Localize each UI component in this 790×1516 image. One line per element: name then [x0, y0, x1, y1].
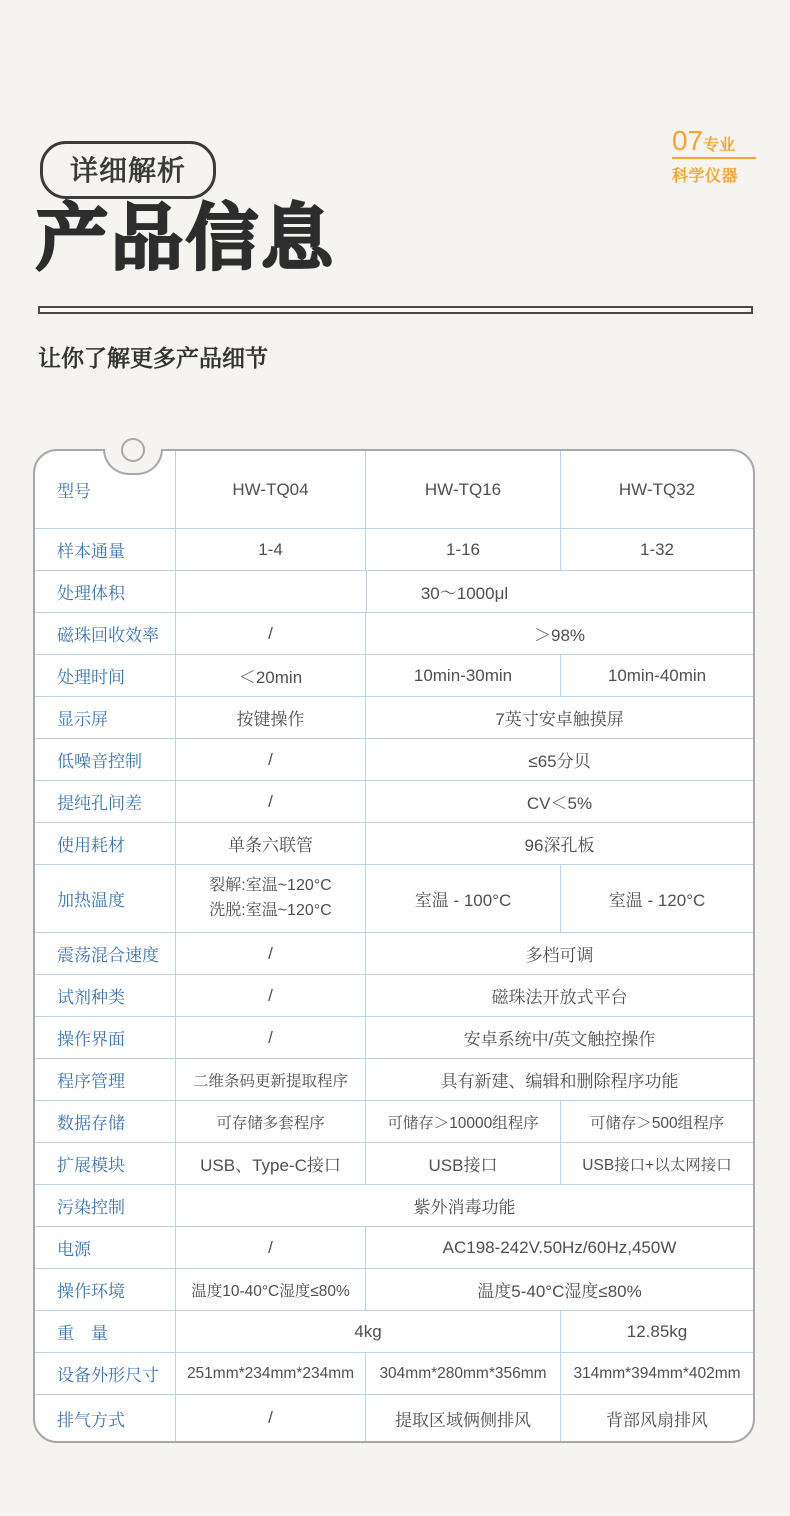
- page-title: 产品信息: [36, 198, 336, 281]
- spec-cell: AC198-242V.50Hz/60Hz,450W: [365, 1227, 753, 1268]
- spec-cell: /: [175, 613, 365, 654]
- table-row: 排气方式 / 提取区域俩侧排风 背部风扇排风: [35, 1395, 753, 1441]
- spec-cell: USB接口: [365, 1143, 560, 1184]
- spec-cell: 7英寸安卓触摸屏: [365, 697, 753, 738]
- spec-label: 扩展模块: [35, 1143, 175, 1184]
- spec-cell: ≤65分贝: [365, 739, 753, 780]
- spec-label: 处理时间: [35, 655, 175, 696]
- table-row: 提纯孔间差 / CV＜5%: [35, 781, 753, 823]
- spec-cell: 314mm*394mm*402mm: [560, 1353, 753, 1394]
- table-row: 程序管理 二维条码更新提取程序 具有新建、编辑和删除程序功能: [35, 1059, 753, 1101]
- spec-cell: /: [175, 975, 365, 1016]
- spec-cell: HW-TQ04: [175, 451, 365, 528]
- spec-cell: 背部风扇排风: [560, 1395, 753, 1441]
- spec-cell: 251mm*234mm*234mm: [175, 1353, 365, 1394]
- corner-number: 07: [672, 127, 703, 155]
- spec-cell: /: [175, 1395, 365, 1441]
- spec-cell-line: 洗脱:室温~120°C: [209, 899, 331, 924]
- spec-cell: /: [175, 739, 365, 780]
- spec-label: 污染控制: [35, 1185, 175, 1226]
- spec-cell: 温度10-40°C湿度≤80%: [175, 1269, 365, 1310]
- spec-label: 程序管理: [35, 1059, 175, 1100]
- spec-label: 加热温度: [35, 865, 175, 932]
- table-row: 处理时间 ＜20min 10min-30min 10min-40min: [35, 655, 753, 697]
- table-row: 震荡混合速度 / 多档可调: [35, 933, 753, 975]
- spec-cell: 温度5-40°C湿度≤80%: [365, 1269, 753, 1310]
- spec-cell: 1-4: [175, 529, 365, 570]
- spec-label: 提纯孔间差: [35, 781, 175, 822]
- table-row: 加热温度 裂解:室温~120°C 洗脱:室温~120°C 室温 - 100°C …: [35, 865, 753, 933]
- spec-cell: CV＜5%: [365, 781, 753, 822]
- spec-cell: 30～1000μl: [175, 571, 753, 612]
- corner-category: 科学仪器: [672, 159, 756, 186]
- spec-cell: 多档可调: [365, 933, 753, 974]
- spec-label: 操作界面: [35, 1017, 175, 1058]
- table-row: 磁珠回收效率 / ＞98%: [35, 613, 753, 655]
- spec-cell: 按键操作: [175, 697, 365, 738]
- table-row: 操作界面 / 安卓系统中/英文触控操作: [35, 1017, 753, 1059]
- spec-cell: 安卓系统中/英文触控操作: [365, 1017, 753, 1058]
- spec-label: 排气方式: [35, 1395, 175, 1441]
- spec-label: 使用耗材: [35, 823, 175, 864]
- spec-cell: ＜20min: [175, 655, 365, 696]
- table-row: 样本通量 1-4 1-16 1-32: [35, 529, 753, 571]
- spec-label: 操作环境: [35, 1269, 175, 1310]
- spec-cell: 具有新建、编辑和删除程序功能: [365, 1059, 753, 1100]
- table-row: 试剂种类 / 磁珠法开放式平台: [35, 975, 753, 1017]
- corner-mark-top: 07 专业: [672, 127, 756, 159]
- spec-cell: 1-32: [560, 529, 753, 570]
- spec-cell: 可储存＞10000组程序: [365, 1101, 560, 1142]
- spec-label: 试剂种类: [35, 975, 175, 1016]
- spec-cell: /: [175, 933, 365, 974]
- spec-cell-line: 裂解:室温~120°C: [209, 874, 331, 899]
- table-row: 处理体积 30～1000μl: [35, 571, 753, 613]
- table-row: 显示屏 按键操作 7英寸安卓触摸屏: [35, 697, 753, 739]
- spec-cell: /: [175, 781, 365, 822]
- table-row: 数据存储 可存储多套程序 可储存＞10000组程序 可储存＞500组程序: [35, 1101, 753, 1143]
- product-info-page: 详细解析 07 专业 科学仪器 产品信息 让你了解更多产品细节 型号 HW-TQ…: [0, 0, 790, 1516]
- spec-cell: ＞98%: [365, 613, 753, 654]
- spec-cell: 12.85kg: [560, 1311, 753, 1352]
- spec-cell: 裂解:室温~120°C 洗脱:室温~120°C: [175, 865, 365, 932]
- spec-label: 磁珠回收效率: [35, 613, 175, 654]
- spec-label: 处理体积: [35, 571, 175, 612]
- spec-cell: 室温 - 100°C: [365, 865, 560, 932]
- corner-mark: 07 专业 科学仪器: [672, 127, 756, 186]
- table-row: 扩展模块 USB、Type-C接口 USB接口 USB接口+以太网接口: [35, 1143, 753, 1185]
- spec-cell: /: [175, 1227, 365, 1268]
- table-row: 电源 / AC198-242V.50Hz/60Hz,450W: [35, 1227, 753, 1269]
- spec-label: 震荡混合速度: [35, 933, 175, 974]
- table-row: 低噪音控制 / ≤65分贝: [35, 739, 753, 781]
- spec-cell: 提取区域俩侧排风: [365, 1395, 560, 1441]
- spec-cell: 可储存＞500组程序: [560, 1101, 753, 1142]
- page-subtitle: 让你了解更多产品细节: [38, 340, 268, 373]
- spec-cell: 96深孔板: [365, 823, 753, 864]
- spec-cell: 304mm*280mm*356mm: [365, 1353, 560, 1394]
- spec-label: 电源: [35, 1227, 175, 1268]
- table-row: 使用耗材 单条六联管 96深孔板: [35, 823, 753, 865]
- spec-cell: 10min-30min: [365, 655, 560, 696]
- spec-cell: /: [175, 1017, 365, 1058]
- table-row: 重 量 4kg 12.85kg: [35, 1311, 753, 1353]
- spec-cell: 紫外消毒功能: [175, 1185, 753, 1226]
- spec-cell: 室温 - 120°C: [560, 865, 753, 932]
- spec-cell: 4kg: [175, 1311, 560, 1352]
- spec-cell: 单条六联管: [175, 823, 365, 864]
- spec-label: 设备外形尺寸: [35, 1353, 175, 1394]
- spec-cell: HW-TQ16: [365, 451, 560, 528]
- spec-cell: 二维条码更新提取程序: [175, 1059, 365, 1100]
- spec-cell: HW-TQ32: [560, 451, 753, 528]
- table-row: 设备外形尺寸 251mm*234mm*234mm 304mm*280mm*356…: [35, 1353, 753, 1395]
- spec-table: 型号 HW-TQ04 HW-TQ16 HW-TQ32 样本通量 1-4 1-16…: [33, 449, 755, 1443]
- spec-label: 重 量: [35, 1311, 175, 1352]
- spec-cell: 磁珠法开放式平台: [365, 975, 753, 1016]
- table-row: 操作环境 温度10-40°C湿度≤80% 温度5-40°C湿度≤80%: [35, 1269, 753, 1311]
- spec-cell: 1-16: [365, 529, 560, 570]
- spec-label: 数据存储: [35, 1101, 175, 1142]
- title-underline-bar: [38, 306, 753, 314]
- spec-cell: USB接口+以太网接口: [560, 1143, 753, 1184]
- table-row: 污染控制 紫外消毒功能: [35, 1185, 753, 1227]
- spec-label: 低噪音控制: [35, 739, 175, 780]
- spec-cell: 10min-40min: [560, 655, 753, 696]
- corner-suffix: 专业: [703, 137, 735, 155]
- spec-label: 样本通量: [35, 529, 175, 570]
- spec-cell: USB、Type-C接口: [175, 1143, 365, 1184]
- spec-label: 显示屏: [35, 697, 175, 738]
- tag-hole-ring-icon: [121, 438, 145, 462]
- spec-cell: 可存储多套程序: [175, 1101, 365, 1142]
- detail-analysis-badge: 详细解析: [40, 141, 216, 199]
